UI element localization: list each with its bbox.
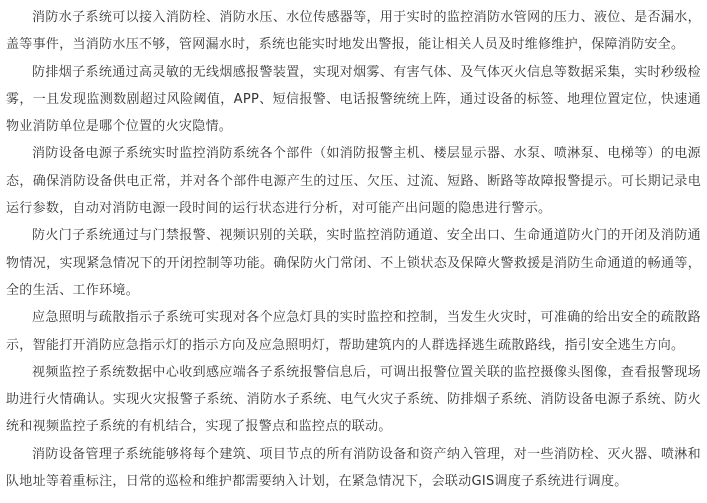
paragraph-fire-water-subsystem: 消防水子系统可以接入消防栓、消防水压、水位传感器等，用于实时的监控消防水管网的压… — [6, 4, 701, 59]
text-line: 队地址等着重标注，日常的巡检和维护都需要纳入计划，在紧急情况下，会联动GIS调度… — [6, 468, 701, 495]
text-line: 盖等事件，当消防水压不够，管网漏水时，系统也能实时地发出警报，能让相关人员及时维… — [6, 31, 701, 58]
text-line: 消防水子系统可以接入消防栓、消防水压、水位传感器等，用于实时的监控消防水管网的压… — [6, 4, 701, 31]
text-line: 物情况，实现紧急情况下的开闭控制等功能。确保防火门常闭、不上锁状态及保障火警救援… — [6, 250, 701, 277]
text-line: 防排烟子系统通过高灵敏的无线烟感报警装置，实现对烟雾、有害气体、及气体灭火信息等… — [6, 59, 701, 86]
text-line: 态，确保消防设备供电正常，并对各个部件电源产生的过压、欠压、过流、短路、断路等故… — [6, 168, 701, 195]
text-line: 防火门子系统通过与门禁报警、视频识别的关联，实时监控消防通道、安全出口、生命通道… — [6, 222, 701, 249]
text-line: 视频监控子系统数据中心收到感应端各子系统报警信息后，可调出报警位置关联的监控摄像… — [6, 359, 701, 386]
text-line: 消防设备电源子系统实时监控消防系统各个部件（如消防报警主机、楼层显示器、水泵、喷… — [6, 140, 701, 167]
text-line: 全的生活、工作环境。 — [6, 277, 701, 304]
paragraph-emergency-lighting-subsystem: 应急照明与疏散指示子系统可实现对各个应急灯具的实时监控和控制，当发生火灾时，可准… — [6, 304, 701, 359]
paragraph-smoke-extraction-subsystem: 防排烟子系统通过高灵敏的无线烟感报警装置，实现对烟雾、有害气体、及气体灭火信息等… — [6, 59, 701, 141]
document-page: 消防水子系统可以接入消防栓、消防水压、水位传感器等，用于实时的监控消防水管网的压… — [0, 0, 707, 503]
paragraph-fire-door-subsystem: 防火门子系统通过与门禁报警、视频识别的关联，实时监控消防通道、安全出口、生命通道… — [6, 222, 701, 304]
text-line: 助进行火情确认。实现火灾报警子系统、消防水子系统、电气火灾子系统、防排烟子系统、… — [6, 386, 701, 413]
text-line: 示，智能打开消防应急指示灯的指示方向及应急照明灯，帮助建筑内的人群选择逃生疏散路… — [6, 332, 701, 359]
text-line: 运行参数，自动对消防电源一段时间的运行状态进行分析，对可能产出问题的隐患进行警示… — [6, 195, 701, 222]
text-line: 物业消防单位是哪个位置的火灾隐情。 — [6, 113, 701, 140]
text-line: 应急照明与疏散指示子系统可实现对各个应急灯具的实时监控和控制，当发生火灾时，可准… — [6, 304, 701, 331]
text-line: 消防设备管理子系统能够将每个建筑、项目节点的所有消防设备和资产纳入管理，对一些消… — [6, 441, 701, 468]
paragraph-video-surveillance-subsystem: 视频监控子系统数据中心收到感应端各子系统报警信息后，可调出报警位置关联的监控摄像… — [6, 359, 701, 441]
paragraph-fire-equipment-management-subsystem: 消防设备管理子系统能够将每个建筑、项目节点的所有消防设备和资产纳入管理，对一些消… — [6, 441, 701, 496]
text-line: 雾，一且发现监测数剧超过风险阈值，APP、短信报警、电话报警统统上阵，通过设备的… — [6, 86, 701, 113]
paragraph-fire-equipment-power-subsystem: 消防设备电源子系统实时监控消防系统各个部件（如消防报警主机、楼层显示器、水泵、喷… — [6, 140, 701, 222]
text-line: 统和视频监控子系统的有机结合，实现了报警点和监控点的联动。 — [6, 413, 701, 440]
